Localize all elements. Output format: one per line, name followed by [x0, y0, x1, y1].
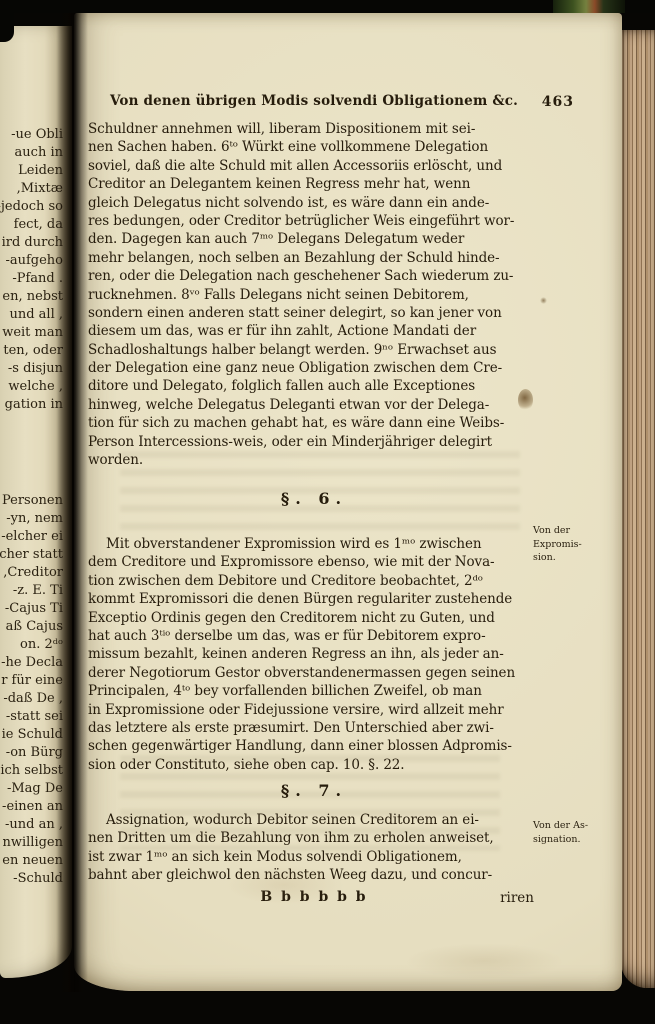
text-line: ue Obli- [0, 126, 63, 144]
text-line: tion für sich zu machen gehabt hat, es w… [88, 414, 540, 432]
running-header: Von denen übrigen Modis solvendi Obligat… [88, 93, 540, 113]
text-line: Schuld- [0, 870, 63, 888]
text-line: gleich Delegatus nicht solvendo ist, es … [88, 194, 540, 212]
text-line: mehr belangen, noch selben an Bezahlung … [88, 249, 540, 267]
text-line: gation in [0, 396, 63, 414]
text-line: auch in [0, 144, 63, 162]
margin-note-expromission: Von derExpromis-sion. [533, 524, 603, 565]
text-line: ren, oder die Delegation nach geschehene… [88, 267, 540, 285]
text-line: derer Negotiorum Gestor obverstandenerma… [88, 664, 540, 682]
text-line: bahnt aber gleichwol den nächsten Weeg d… [88, 866, 540, 884]
text-line: . Pfand- [0, 270, 63, 288]
text-line: Principalen, 4ᵗᵒ bey vorfallenden billic… [88, 682, 540, 700]
text-line: Schuldner annehmen will, liberam Disposi… [88, 120, 540, 138]
text-line: ird durch [0, 234, 63, 252]
text-line: den. Dagegen kan auch 7ᵐᵒ Delegans Deleg… [88, 230, 540, 248]
text-line: der Delegation eine ganz neue Obligation… [88, 359, 540, 377]
text-line: kommt Expromissori die denen Bürgen regu… [88, 590, 540, 608]
text-line: statt sei- [0, 708, 63, 726]
facing-page: ue Obli-auch inLeidenMixtæ,jedoch so-fec… [0, 26, 72, 978]
catchword: riren [500, 890, 534, 906]
text-line: Leiden [0, 162, 63, 180]
text-line: rucknehmen. 8ᵛᵒ Falls Delegans nicht sei… [88, 286, 540, 304]
text-line: sondern einen anderen statt seiner deleg… [88, 304, 540, 322]
text-line: aufgeho- [0, 252, 63, 270]
ink-stain [540, 297, 547, 304]
text-line: yn, nem- [0, 510, 63, 528]
text-line: elcher ei- [0, 528, 63, 546]
text-line: weit man [0, 324, 63, 342]
section-heading-6: §. 6. [88, 489, 540, 508]
text-line: en neuen [0, 852, 63, 870]
text-line: hat auch 3ᵗⁱᵒ derselbe um das, was er fü… [88, 627, 540, 645]
text-line: ie Schuld [0, 726, 63, 744]
text-line: soviel, daß die alte Schuld mit allen Ac… [88, 157, 540, 175]
text-line: schen gegenwärtiger Handlung, dann einer… [88, 737, 540, 755]
text-line: ich selbst, [0, 762, 63, 780]
paragraph-expromission: Mit obverstandener Expromission wird es … [88, 535, 540, 774]
text-line: nen Sachen haben. 6ᵗᵒ Würkt eine vollkom… [88, 138, 540, 156]
text-line: dem Creditore und Expromissore ebenso, w… [88, 553, 540, 571]
text-line: Assignation, wodurch Debitor seinen Cred… [88, 811, 540, 829]
facing-page-text-lower: Personenyn, nem-elcher ei-lcher stattCre… [0, 492, 63, 888]
margin-note-line: signation. [533, 833, 603, 847]
text-line: jedoch so- [0, 198, 63, 216]
text-line: , und all [0, 306, 63, 324]
page-number: 463 [542, 94, 574, 110]
text-line: sion oder Constituto, siehe oben cap. 10… [88, 756, 540, 774]
text-line: , welche [0, 378, 63, 396]
text-line: Person Intercessions-weis, oder ein Mind… [88, 433, 540, 451]
text-line: res bedungen, oder Creditor betrüglicher… [88, 212, 540, 230]
text-line: missum bezahlt, keinen anderen Regress a… [88, 645, 540, 663]
facing-page-text-upper: ue Obli-auch inLeidenMixtæ,jedoch so-fec… [0, 126, 63, 414]
text-line: , daß De- [0, 690, 63, 708]
text-line: r für eine [0, 672, 63, 690]
text-line: diesem um das, was er für ihn zahlt, Act… [88, 322, 540, 340]
text-line: hinweg, welche Delegatus Deleganti etwan… [88, 396, 540, 414]
paragraph-delegation: Schuldner annehmen will, liberam Disposi… [88, 120, 540, 469]
text-line: Exceptio Ordinis gegen den Creditorem ni… [88, 609, 540, 627]
text-line: Creditor an Delegantem keinen Regress me… [88, 175, 540, 193]
margin-note-line: sion. [533, 551, 603, 565]
text-line: fect, da [0, 216, 63, 234]
text-line: tion zwischen dem Debitore und Creditore… [88, 572, 540, 590]
text-line: on. 2ᵈᵒ [0, 636, 63, 654]
book-page: Von denen übrigen Modis solvendi Obligat… [74, 13, 622, 991]
text-line: Mixtæ, [0, 180, 63, 198]
margin-note-line: Von der [533, 524, 603, 538]
header-title: Von denen übrigen Modis solvendi Obligat… [110, 93, 518, 109]
text-line: Mag De- [0, 780, 63, 798]
text-line: worden. [88, 451, 540, 469]
foxing-stain [404, 943, 564, 979]
text-line: z. E. Ti- [0, 582, 63, 600]
text-line: Personen [0, 492, 63, 510]
text-line: das letztere als erste præsumirt. Den Un… [88, 719, 540, 737]
text-line: Cajus Ti- [0, 600, 63, 618]
background-corner [0, 0, 14, 42]
text-line: nwilligen [0, 834, 63, 852]
text-line: Mit obverstandener Expromission wird es … [88, 535, 540, 553]
text-line: s disjun- [0, 360, 63, 378]
paragraph-assignation: Assignation, wodurch Debitor seinen Cred… [88, 811, 540, 885]
book-cover-glimpse [553, 0, 625, 13]
section-heading-7: §. 7. [88, 781, 540, 800]
text-line: , und an- [0, 816, 63, 834]
text-line: on Bürg- [0, 744, 63, 762]
book-photo: ue Obli-auch inLeidenMixtæ,jedoch so-fec… [0, 0, 655, 1024]
text-line: ditore und Delegato, folglich fallen auc… [88, 377, 540, 395]
text-line: Schadloshaltungs halber belangt werden. … [88, 341, 540, 359]
text-line: lcher statt [0, 546, 63, 564]
signature-row: B b b b b b riren [88, 889, 540, 909]
text-line: ten, oder [0, 342, 63, 360]
text-line: aß Cajus [0, 618, 63, 636]
signature-mark: B b b b b b [88, 889, 540, 905]
text-line: he Decla- [0, 654, 63, 672]
text-line: nen Dritten um die Bezahlung von ihm zu … [88, 829, 540, 847]
text-line: en, nebst [0, 288, 63, 306]
margin-note-line: Von der As- [533, 819, 603, 833]
text-line: Creditor, [0, 564, 63, 582]
text-line: in Expromissione oder Fidejussione versi… [88, 701, 540, 719]
text-line: einen an- [0, 798, 63, 816]
margin-note-line: Expromis- [533, 538, 603, 552]
margin-note-assignation: Von der As-signation. [533, 819, 603, 846]
text-line: ist zwar 1ᵐᵒ an sich kein Modus solvendi… [88, 848, 540, 866]
fore-edge-pages [621, 30, 655, 988]
